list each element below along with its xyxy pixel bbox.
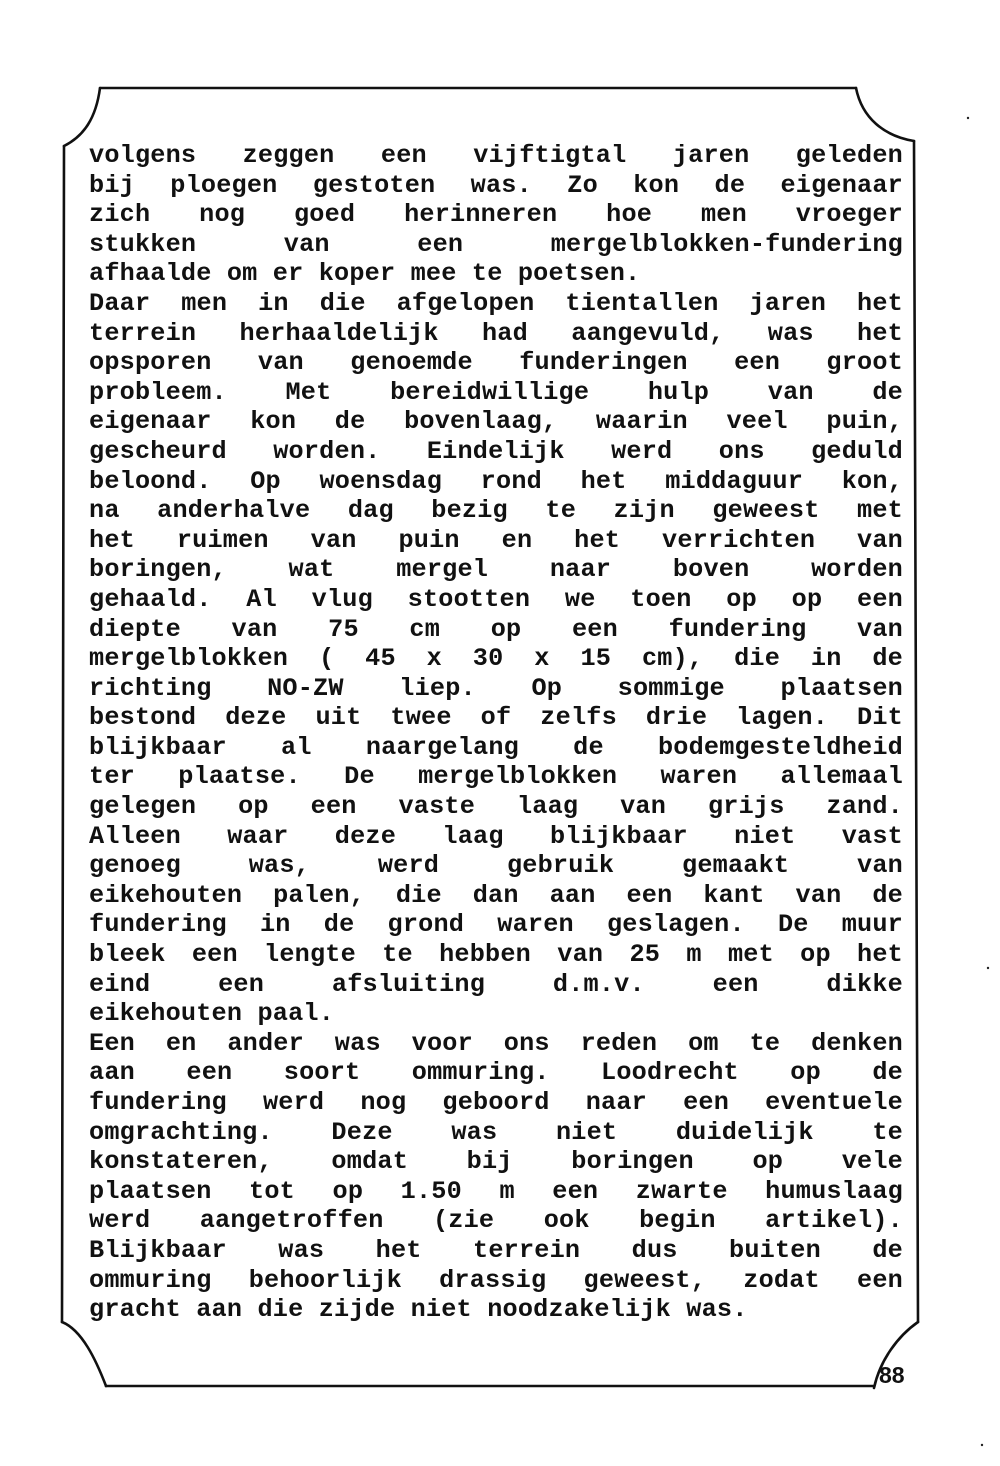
text-line: na anderhalve dag bezig te zijn geweest … xyxy=(89,496,903,526)
text-line: zich nog goed herinneren hoe men vroeger xyxy=(89,200,903,230)
text-line: eigenaar kon de bovenlaag, waarin veel p… xyxy=(89,407,903,437)
text-line: Blijkbaar was het terrein dus buiten de xyxy=(89,1236,903,1266)
text-line: Daar men in die afgelopen tientallen jar… xyxy=(89,289,903,319)
text-line: eind een afsluiting d.m.v. een dikke xyxy=(89,970,903,1000)
text-line: blijkbaar al naargelang de bodemgesteldh… xyxy=(89,733,903,763)
text-line: afhaalde om er koper mee te poetsen. xyxy=(89,259,903,289)
text-line: bleek een lengte te hebben van 25 m met … xyxy=(89,940,903,970)
text-line: het ruimen van puin en het verrichten va… xyxy=(89,526,903,556)
text-line: terrein herhaaldelijk had aangevuld, was… xyxy=(89,319,903,349)
text-line: stukken van een mergelblokken-fundering xyxy=(89,230,903,260)
text-line: bij ploegen gestoten was. Zo kon de eige… xyxy=(89,171,903,201)
text-line: gelegen op een vaste laag van grijs zand… xyxy=(89,792,903,822)
text-line: plaatsen tot op 1.50 m een zwarte humusl… xyxy=(89,1177,903,1207)
text-line: ommuring behoorlijk drassig geweest, zod… xyxy=(89,1266,903,1296)
text-line: eikehouten palen, die dan aan een kant v… xyxy=(89,881,903,911)
text-line: diepte van 75 cm op een fundering van xyxy=(89,615,903,645)
text-line: werd aangetroffen (zie ook begin artikel… xyxy=(89,1206,903,1236)
text-line: Een en ander was voor ons reden om te de… xyxy=(89,1029,903,1059)
text-line: richting NO-ZW liep. Op sommige plaatsen xyxy=(89,674,903,704)
text-line: eikehouten paal. xyxy=(89,999,903,1029)
text-line: fundering in de grond waren geslagen. De… xyxy=(89,910,903,940)
text-line: bestond deze uit twee of zelfs drie lage… xyxy=(89,703,903,733)
text-line: opsporen van genoemde funderingen een gr… xyxy=(89,348,903,378)
text-line: omgrachting. Deze was niet duidelijk te xyxy=(89,1118,903,1148)
text-line: gehaald. Al vlug stootten we toen op op … xyxy=(89,585,903,615)
text-line: probleem. Met bereidwillige hulp van de xyxy=(89,378,903,408)
text-line: fundering werd nog geboord naar een even… xyxy=(89,1088,903,1118)
text-line: gescheurd worden. Eindelijk werd ons ged… xyxy=(89,437,903,467)
text-line: aan een soort ommuring. Loodrecht op de xyxy=(89,1058,903,1088)
text-line: ter plaatse. De mergelblokken waren alle… xyxy=(89,762,903,792)
text-line: mergelblokken ( 45 x 30 x 15 cm), die in… xyxy=(89,644,903,674)
text-line: boringen, wat mergel naar boven worden xyxy=(89,555,903,585)
text-line: Alleen waar deze laag blijkbaar niet vas… xyxy=(89,822,903,852)
text-line: konstateren, omdat bij boringen op vele xyxy=(89,1147,903,1177)
body-text: volgens zeggen een vijftigtal jaren gele… xyxy=(89,141,903,1325)
text-line: genoeg was, werd gebruik gemaakt van xyxy=(89,851,903,881)
text-line: volgens zeggen een vijftigtal jaren gele… xyxy=(89,141,903,171)
page-number: 88 xyxy=(879,1362,905,1389)
text-line: gracht aan die zijde niet noodzakelijk w… xyxy=(89,1295,903,1325)
text-line: beloond. Op woensdag rond het middaguur … xyxy=(89,467,903,497)
